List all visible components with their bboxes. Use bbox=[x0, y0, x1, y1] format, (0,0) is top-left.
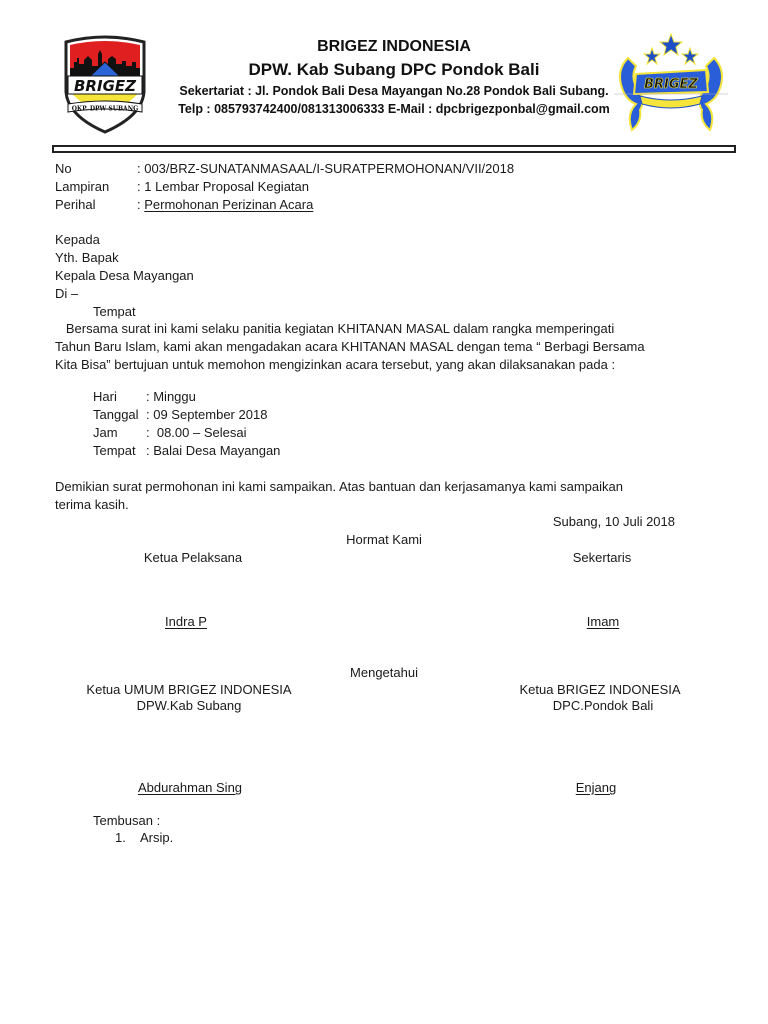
detail-value-tempat: : Balai Desa Mayangan bbox=[146, 443, 280, 459]
closing-line: Demikian surat permohonan ini kami sampa… bbox=[55, 479, 623, 495]
detail-label-tanggal: Tanggal bbox=[93, 407, 139, 423]
meta-label-perihal: Perihal bbox=[55, 197, 95, 213]
recipient-line: Kepada bbox=[55, 232, 100, 248]
meta-value-lampiran: : 1 Lembar Proposal Kegiatan bbox=[137, 179, 309, 195]
signer-right-title: Sekertaris bbox=[573, 550, 632, 566]
recipient-place: Tempat bbox=[93, 304, 136, 320]
body-paragraph: Bersama surat ini kami selaku panitia ke… bbox=[55, 320, 675, 374]
detail-value-hari: : Minggu bbox=[146, 389, 196, 405]
detail-label-hari: Hari bbox=[93, 389, 117, 405]
meta-value-perihal: : Permohonan Perizinan Acara bbox=[137, 197, 313, 213]
paragraph-line: Tahun Baru Islam, kami akan mengadakan a… bbox=[55, 338, 675, 356]
meta-perihal-subject: Permohonan Perizinan Acara bbox=[144, 197, 313, 212]
detail-value-jam: : 08.00 – Selesai bbox=[146, 425, 246, 441]
signer-right-name: Imam bbox=[587, 614, 620, 630]
ack-left-title: Ketua UMUM BRIGEZ INDONESIA bbox=[86, 682, 291, 698]
meta-label-no: No bbox=[55, 161, 72, 177]
paragraph-line: Kita Bisa” bertujuan untuk memohon mengi… bbox=[55, 356, 675, 374]
cc-item-number: 1. bbox=[115, 830, 126, 846]
meta-value-no: : 003/BRZ-SUNATANMASAAL/I-SURATPERMOHONA… bbox=[137, 161, 514, 177]
acknowledged-label: Mengetahui bbox=[350, 665, 418, 681]
closing-line: terima kasih. bbox=[55, 497, 129, 513]
ack-right-subtitle: DPC.Pondok Bali bbox=[553, 698, 653, 714]
recipient-line: Kepala Desa Mayangan bbox=[55, 268, 194, 284]
ack-right-name: Enjang bbox=[576, 780, 616, 796]
cc-label: Tembusan : bbox=[93, 813, 160, 829]
signer-left-name: Indra P bbox=[165, 614, 207, 630]
paragraph-line: Bersama surat ini kami selaku panitia ke… bbox=[55, 320, 675, 338]
detail-value-tanggal: : 09 September 2018 bbox=[146, 407, 267, 423]
ack-left-subtitle: DPW.Kab Subang bbox=[137, 698, 242, 714]
recipient-line: Di – bbox=[55, 286, 78, 302]
signer-left-title: Ketua Pelaksana bbox=[144, 550, 242, 566]
cc-item-text: Arsip. bbox=[140, 830, 173, 846]
header-divider bbox=[52, 145, 736, 153]
ack-right-title: Ketua BRIGEZ INDONESIA bbox=[519, 682, 680, 698]
recipient-line: Yth. Bapak bbox=[55, 250, 119, 266]
detail-label-tempat: Tempat bbox=[93, 443, 136, 459]
ack-left-name: Abdurahman Sing bbox=[138, 780, 242, 796]
place-date: Subang, 10 Juli 2018 bbox=[553, 514, 675, 530]
meta-label-lampiran: Lampiran bbox=[55, 179, 109, 195]
detail-label-jam: Jam bbox=[93, 425, 118, 441]
regards: Hormat Kami bbox=[346, 532, 422, 548]
brigez-star-crest-logo-icon: BRIGEZ bbox=[614, 30, 728, 136]
svg-text:BRIGEZ: BRIGEZ bbox=[644, 77, 698, 92]
